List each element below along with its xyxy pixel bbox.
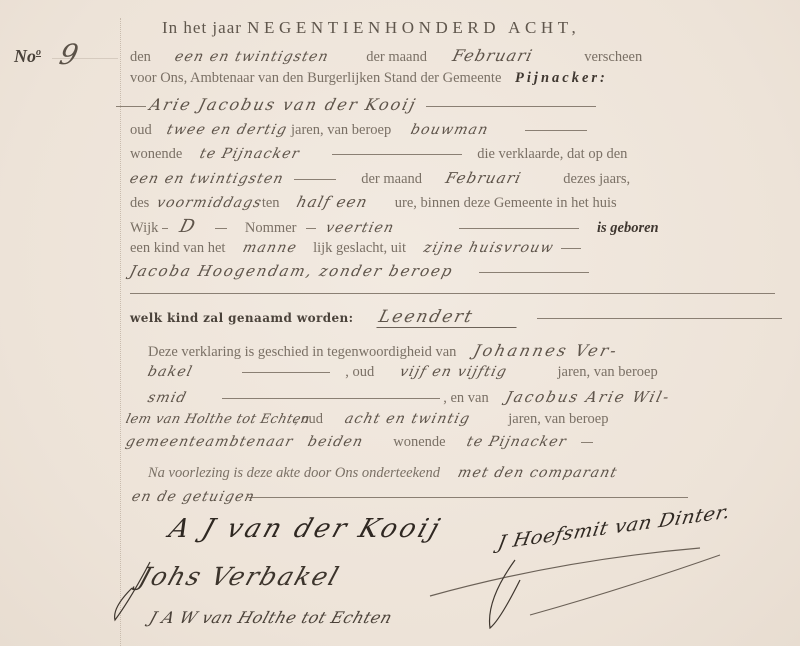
handwriting-flourishes-icon	[0, 0, 800, 646]
document-page: Noo 9 In het jaar NEGENTIENHONDERD ACHT,…	[0, 0, 800, 646]
